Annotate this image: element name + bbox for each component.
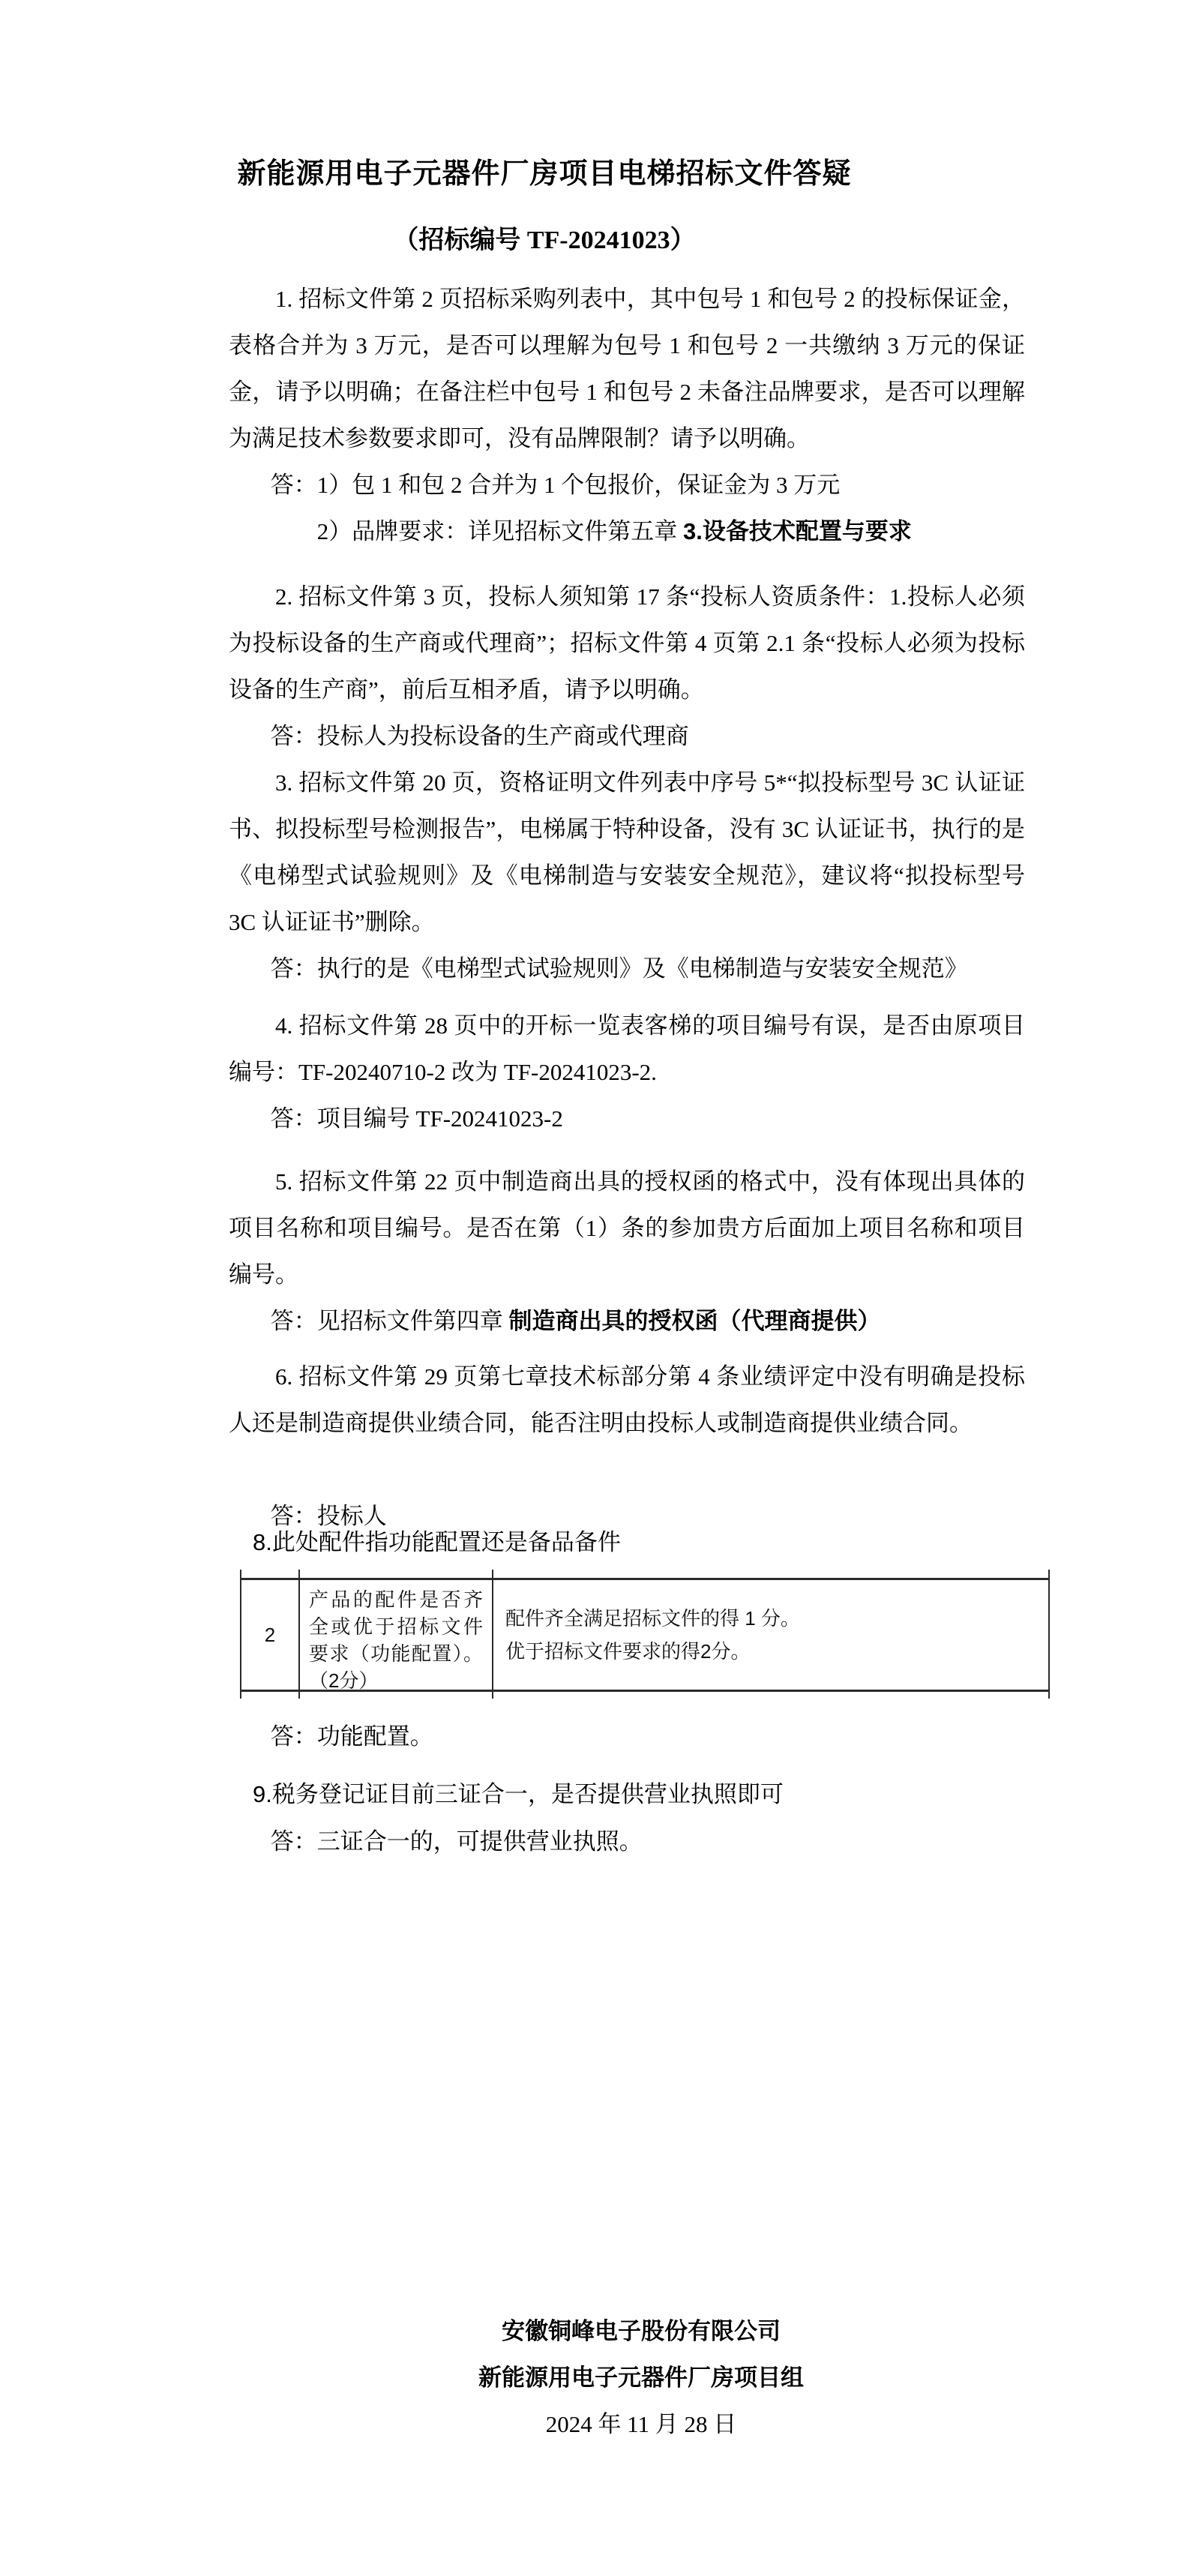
score-table: 2 产品的配件是否齐全或优于招标文件要求（功能配置）。（2分） 配件齐全满足招标… [240,1570,1050,1699]
question-5: 5. 招标文件第 22 页中制造商出具的授权函的格式中，没有体现出具体的项目名称… [229,1159,1025,1298]
answer-5: 答：见招标文件第四章 制造商出具的授权函（代理商提供） [229,1298,1025,1345]
question-2: 2. 招标文件第 3 页，投标人须知第 17 条“投标人资质条件：1.投标人必须… [229,574,1025,713]
score-table-cell-no: 2 [240,1580,300,1690]
answer-2: 答：投标人为投标设备的生产商或代理商 [229,713,1025,760]
signature-company: 安徽铜峰电子股份有限公司 [229,2308,1054,2355]
answer-5-text: 答：见招标文件第四章 [271,1308,509,1334]
scoring-rule-line-1: 配件齐全满足招标文件的得 1 分。 [505,1602,1048,1635]
document-page: 新能源用电子元器件厂房项目电梯招标文件答疑 （招标编号 TF-20241023）… [0,0,1190,2576]
signature-block: 安徽铜峰电子股份有限公司 新能源用电子元器件厂房项目组 2024 年 11 月 … [229,2308,1054,2448]
score-table-cell-criteria: 产品的配件是否齐全或优于招标文件要求（功能配置）。（2分） [300,1580,493,1690]
signature-date: 2024 年 11 月 28 日 [229,2401,1054,2448]
answer-4: 答：项目编号 TF-20241023-2 [229,1096,1025,1142]
question-6: 6. 招标文件第 29 页第七章技术标部分第 4 条业绩评定中没有明确是投标人还… [229,1354,1025,1447]
answer-1-line-1: 答：1）包 1 和包 2 合并为 1 个包报价，保证金为 3 万元 [229,462,1025,508]
question-1: 1. 招标文件第 2 页招标采购列表中，其中包号 1 和包号 2 的投标保证金，… [229,276,1025,462]
signature-team: 新能源用电子元器件厂房项目组 [229,2355,1054,2401]
score-table-row: 2 产品的配件是否齐全或优于招标文件要求（功能配置）。（2分） 配件齐全满足招标… [240,1578,1050,1692]
answer-8: 答：功能配置。 [229,1714,1025,1760]
score-table-cell-scoring: 配件齐全满足招标文件的得 1 分。 优于招标文件要求的得2分。 [493,1580,1050,1690]
question-8: 8.此处配件指功能配置还是备品备件 [253,1524,1048,1561]
scoring-rule-line-2: 优于招标文件要求的得2分。 [505,1635,1048,1668]
answer-1-line-2-bold: 3.设备技术配置与要求 [683,518,912,544]
score-table-row-above [240,1570,1050,1578]
tender-number-subtitle: （招标编号 TF-20241023） [0,219,1190,256]
answer-3: 答：执行的是《电梯型式试验规则》及《电梯制造与安装安全规范》 [229,946,1025,992]
answer-5-bold: 制造商出具的授权函（代理商提供） [509,1308,881,1334]
score-table-row-below [240,1692,1050,1699]
answer-9: 答：三证合一的，可提供营业执照。 [229,1819,1025,1865]
answer-1-line-2-text: 2）品牌要求：详见招标文件第五章 [317,518,683,544]
document-title: 新能源用电子元器件厂房项目电梯招标文件答疑 [0,150,1190,191]
answer-1-line-2: 2）品牌要求：详见招标文件第五章 3.设备技术配置与要求 [229,508,1025,555]
question-4: 4. 招标文件第 28 页中的开标一览表客梯的项目编号有误，是否由原项目编号：T… [229,1003,1025,1096]
question-3: 3. 招标文件第 20 页，资格证明文件列表中序号 5*“拟投标型号 3C 认证… [229,760,1025,946]
question-9: 9.税务登记证目前三证合一，是否提供营业执照即可 [253,1776,1048,1813]
